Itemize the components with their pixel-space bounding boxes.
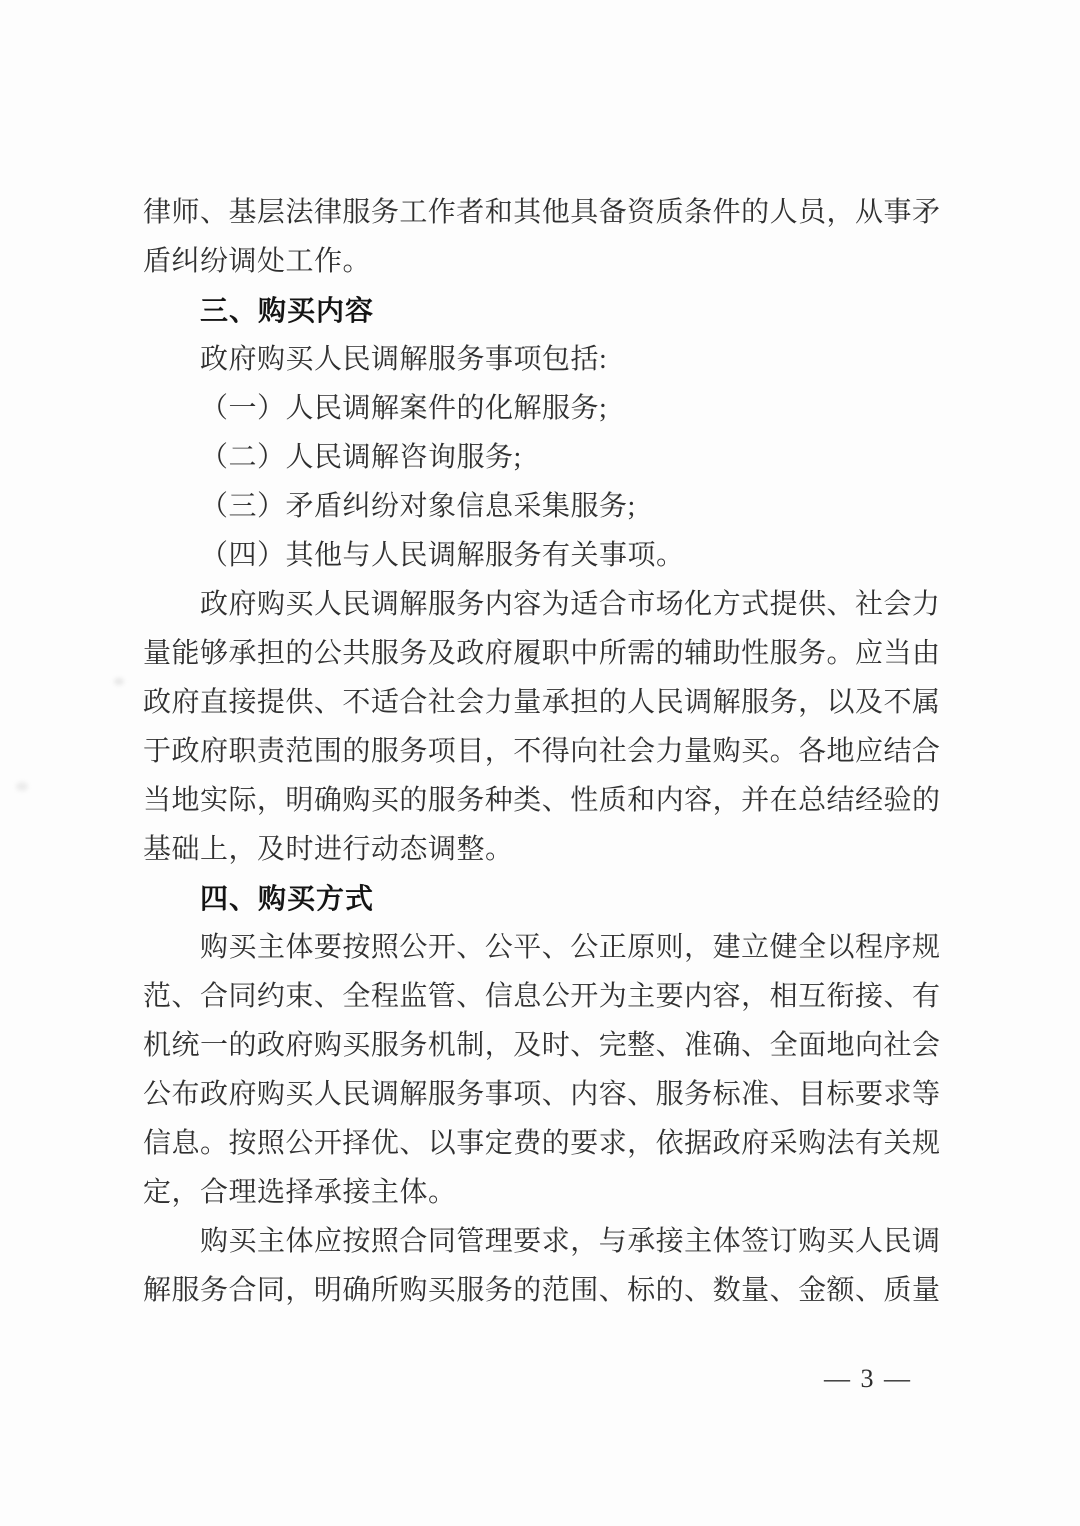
text-line: 量能够承担的公共服务及政府履职中所需的辅助性服务。应当由 xyxy=(143,629,940,678)
text-line: 购买主体应按照合同管理要求，与承接主体签订购买人民调 xyxy=(143,1217,940,1266)
list-item: （一）人民调解案件的化解服务; xyxy=(143,384,940,433)
text-line: 信息。按照公开择优、以事定费的要求，依据政府采购法有关规 xyxy=(143,1119,940,1168)
text-line: 于政府职责范围的服务项目，不得向社会力量购买。各地应结合 xyxy=(143,727,940,776)
text-line: 盾纠纷调处工作。 xyxy=(143,237,940,286)
text-line: 政府购买人民调解服务内容为适合市场化方式提供、社会力 xyxy=(143,580,940,629)
text-line: 律师、基层法律服务工作者和其他具备资质条件的人员，从事矛 xyxy=(143,188,940,237)
text-line: 当地实际，明确购买的服务种类、性质和内容，并在总结经验的 xyxy=(143,776,940,825)
section-heading: 四、购买方式 xyxy=(143,874,940,923)
document-page: 律师、基层法律服务工作者和其他具备资质条件的人员，从事矛 盾纠纷调处工作。 三、… xyxy=(0,0,1080,1526)
list-item: （二）人民调解咨询服务; xyxy=(143,433,940,482)
text-line: 机统一的政府购买服务机制，及时、完整、准确、全面地向社会 xyxy=(143,1021,940,1070)
text-line: 定，合理选择承接主体。 xyxy=(143,1168,940,1217)
document-body: 律师、基层法律服务工作者和其他具备资质条件的人员，从事矛 盾纠纷调处工作。 三、… xyxy=(143,188,940,1315)
text-line: 基础上，及时进行动态调整。 xyxy=(143,825,940,874)
page-number: — 3 — xyxy=(788,1358,948,1400)
text-line: 购买主体要按照公开、公平、公正原则，建立健全以程序规 xyxy=(143,923,940,972)
section-heading: 三、购买内容 xyxy=(143,286,940,335)
text-line: 公布政府购买人民调解服务事项、内容、服务标准、目标要求等 xyxy=(143,1070,940,1119)
scan-artifact xyxy=(16,782,28,791)
scan-artifact xyxy=(114,678,124,685)
text-line: 政府直接提供、不适合社会力量承担的人民调解服务，以及不属 xyxy=(143,678,940,727)
text-line: 范、合同约束、全程监管、信息公开为主要内容，相互衔接、有 xyxy=(143,972,940,1021)
list-item: （四）其他与人民调解服务有关事项。 xyxy=(143,531,940,580)
text-line: 解服务合同，明确所购买服务的范围、标的、数量、金额、质量 xyxy=(143,1266,940,1315)
text-line: 政府购买人民调解服务事项包括: xyxy=(143,335,940,384)
list-item: （三）矛盾纠纷对象信息采集服务; xyxy=(143,482,940,531)
